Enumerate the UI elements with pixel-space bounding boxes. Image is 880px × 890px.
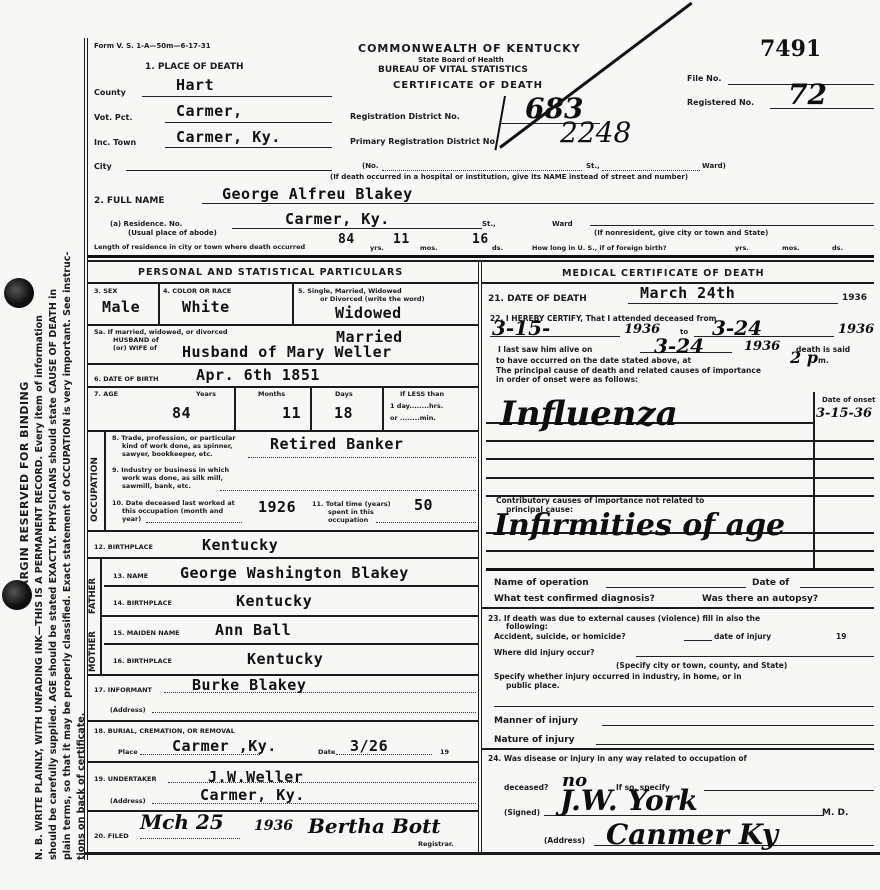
spouse-value: Husband of Mary Weller xyxy=(182,343,392,361)
burial-place-value: Carmer ,Ky. xyxy=(172,737,277,755)
instruction-line-2: should be carefully supplied. AGE should… xyxy=(48,289,59,860)
sex-value: Male xyxy=(102,298,140,316)
total-time-value: 50 xyxy=(414,496,433,514)
ward-line xyxy=(602,170,700,171)
row-divider xyxy=(88,324,478,326)
row-divider xyxy=(104,643,478,645)
informant-address-line xyxy=(152,712,476,713)
industry-label-1: 9. Industry or business in which xyxy=(112,466,229,474)
injury-date-label: date of injury xyxy=(714,632,771,641)
occupation-side-divider xyxy=(104,430,106,530)
inc-town-line xyxy=(165,147,332,148)
medical-section-title: MEDICAL CERTIFICATE OF DEATH xyxy=(562,268,765,279)
board-of-health: State Board of Health xyxy=(418,56,504,64)
spouse-label-1: 5a. If married, widowed, or divorced xyxy=(94,328,228,336)
manner-label: Manner of injury xyxy=(494,716,578,726)
operation-line xyxy=(606,587,746,588)
row-divider xyxy=(100,615,478,617)
birthplace-value: Kentucky xyxy=(202,536,278,554)
date-onset-value: 3-15-36 xyxy=(816,406,872,421)
informant-label: 17. INFORMANT xyxy=(94,686,152,694)
attended-to: 3-24 xyxy=(712,316,762,340)
sex-label: 3. SEX xyxy=(94,287,117,295)
day-hrs-label: 1 day........hrs. xyxy=(390,402,443,410)
row-divider xyxy=(88,386,478,388)
instruction-line-1: N. B. WRITE PLAINLY, WITH UNFADING INK—T… xyxy=(34,315,45,860)
cause-line xyxy=(486,568,874,571)
foreign-mos-label: mos. xyxy=(782,244,800,252)
street-no-label: (No. xyxy=(362,162,379,170)
burial-date-label: Date xyxy=(318,748,335,756)
undertaker-address-value: Carmer, Ky. xyxy=(200,786,305,804)
industry-label-2: work was done, as silk mill, xyxy=(122,474,223,482)
reg-district-label: Registration District No. xyxy=(350,112,460,121)
mother-birthplace-value: Kentucky xyxy=(247,650,323,668)
burial-place-label: Place xyxy=(118,748,138,756)
where-line xyxy=(636,656,874,657)
county-label: County xyxy=(94,88,126,97)
specify-whether-1: Specify whether injury occurred in indus… xyxy=(494,672,742,681)
less-than-label: If LESS than xyxy=(400,390,444,398)
undertaker-label: 19. UNDERTAKER xyxy=(94,775,157,783)
length-months: 11 xyxy=(393,232,410,247)
primary-reg-number: 2248 xyxy=(560,116,631,149)
full-name-line xyxy=(202,203,874,204)
total-time-line xyxy=(376,522,476,523)
cell-divider xyxy=(382,386,384,430)
external-label-2: following: xyxy=(506,622,548,631)
residence-line xyxy=(232,228,482,229)
row-divider xyxy=(88,557,478,559)
contributory-cause: Infirmities of age xyxy=(494,508,785,543)
date-onset-column xyxy=(813,392,815,568)
mother-maiden-label: 15. MAIDEN NAME xyxy=(113,629,180,637)
accident-label: Accident, suicide, or homicide? xyxy=(494,632,626,641)
last-worked-label-3: year) xyxy=(122,515,141,523)
cause-line xyxy=(486,440,874,442)
punch-hole-icon xyxy=(4,278,34,308)
length-of-residence-label: Length of residence in city or town wher… xyxy=(94,243,305,251)
full-name-label: 2. FULL NAME xyxy=(94,196,164,206)
father-name-value: George Washington Blakey xyxy=(180,564,409,582)
yrs-label: yrs. xyxy=(370,244,384,252)
date-of-death-label: 21. DATE OF DEATH xyxy=(488,294,587,304)
row-divider xyxy=(88,363,478,365)
father-side-label: FATHER xyxy=(88,578,98,614)
last-worked-label-2: this occupation (month and xyxy=(122,507,223,515)
city-line xyxy=(126,170,332,171)
nature-line xyxy=(596,744,874,745)
attended-from: 3-15- xyxy=(492,316,550,340)
instruction-line-3: plain terms, so that it may be properly … xyxy=(62,252,73,860)
nature-label: Nature of injury xyxy=(494,735,575,745)
mother-maiden-value: Ann Ball xyxy=(215,621,291,639)
foreign-ds-label: ds. xyxy=(832,244,843,252)
principal-cause: Influenza xyxy=(500,394,678,434)
age-days: 18 xyxy=(334,404,353,422)
residence-ward-label: Ward xyxy=(552,220,573,228)
injury-year-label: 19 xyxy=(836,632,846,641)
county-line xyxy=(142,96,332,97)
marital-label-2: or Divorced (write the word) xyxy=(320,295,425,303)
hospital-note: (If death occurred in a hospital or inst… xyxy=(330,173,688,181)
registered-no: 72 xyxy=(788,78,827,111)
residence-value: Carmer, Ky. xyxy=(285,210,390,228)
operation-date-label: Date of xyxy=(752,578,789,588)
form-number: Form V. S. 1-A—50m—6-17-31 xyxy=(94,42,211,50)
undertaker-address-label: (Address) xyxy=(110,797,146,805)
mother-side-label: MOTHER xyxy=(88,631,98,672)
undertaker-value: J.W.Weller xyxy=(208,768,303,786)
row-divider xyxy=(88,430,478,432)
section-divider xyxy=(88,255,874,258)
occupation-side-label: OCCUPATION xyxy=(90,457,100,522)
mos-label: mos. xyxy=(420,244,438,252)
deceased-label: deceased? xyxy=(504,783,548,792)
date-onset-label: Date of onset xyxy=(822,396,875,404)
contributory-label-1: Contributory causes of importance not re… xyxy=(496,496,704,505)
length-days: 16 xyxy=(472,232,489,247)
bureau-heading: BUREAU OF VITAL STATISTICS xyxy=(378,65,528,75)
occurred-label: to have occurred on the date stated abov… xyxy=(496,356,691,365)
father-birthplace-label: 14. BIRTHPLACE xyxy=(113,599,172,607)
m-label: m. xyxy=(818,356,829,365)
burial-year-label: 19 xyxy=(440,748,449,756)
county-value: Hart xyxy=(176,76,214,94)
row-divider xyxy=(482,748,874,750)
total-time-label-2: spent in this xyxy=(328,508,374,516)
md-label: M. D. xyxy=(822,808,848,818)
mother-birthplace-label: 16. BIRTHPLACE xyxy=(113,657,172,665)
if-so-line xyxy=(704,790,874,791)
column-divider xyxy=(478,260,482,852)
primary-reg-label: Primary Registration District No. xyxy=(350,137,498,146)
operation-label: Name of operation xyxy=(494,578,589,588)
date-of-death-value: March 24th xyxy=(640,284,735,302)
usual-abode-note: (Usual place of abode) xyxy=(128,229,217,237)
last-saw-year: 1936 xyxy=(744,339,780,354)
specify-whether-2: public place. xyxy=(506,681,560,690)
cell-divider xyxy=(310,386,312,430)
foreign-birth-label: How long in U. S., if of foreign birth? xyxy=(532,244,667,252)
injury-place-line xyxy=(494,706,874,707)
street-label: St., xyxy=(586,162,600,170)
occupation-related-label: 24. Was disease or injury in any way rel… xyxy=(488,754,747,763)
vot-pct-value: Carmer, xyxy=(176,102,243,120)
street-no-line xyxy=(382,170,582,171)
spouse-label-3: (or) WIFE of xyxy=(113,344,157,352)
accident-line xyxy=(684,640,712,641)
physician-signature: J.W. York xyxy=(560,784,698,817)
months-label: Months xyxy=(258,390,285,398)
filed-date-line xyxy=(140,838,240,839)
race-value: White xyxy=(182,298,230,316)
certificate-title: CERTIFICATE OF DEATH xyxy=(393,80,543,91)
cause-line xyxy=(486,458,874,460)
place-of-death-heading: 1. PLACE OF DEATH xyxy=(145,62,244,72)
dob-label: 6. DATE OF BIRTH xyxy=(94,375,159,383)
filed-label: 20. FILED xyxy=(94,832,129,840)
file-no-label: File No. xyxy=(687,74,721,83)
principal-label-2: in order of onset were as follows: xyxy=(496,375,638,384)
physician-address-label: (Address) xyxy=(544,836,585,845)
spouse-label-2: HUSBAND of xyxy=(113,336,159,344)
signed-label: (Signed) xyxy=(504,808,540,817)
nonresident-note: (If nonresident, give city or town and S… xyxy=(594,229,768,237)
full-name-value: George Alfreu Blakey xyxy=(222,185,413,203)
trade-label-2: kind of work done, as spinner, xyxy=(122,442,232,450)
inc-town-value: Carmer, Ky. xyxy=(176,128,281,146)
days-label: Days xyxy=(335,390,353,398)
autopsy-label: Was there an autopsy? xyxy=(702,594,818,604)
birthplace-label: 12. BIRTHPLACE xyxy=(94,543,153,551)
cause-line xyxy=(486,550,874,552)
punch-hole-icon xyxy=(2,580,32,610)
residence-label: (a) Residence. No. xyxy=(110,220,182,228)
burial-label: 18. BURIAL, CREMATION, OR REMOVAL xyxy=(94,727,235,735)
last-saw-date: 3-24 xyxy=(654,334,704,358)
informant-address-label: (Address) xyxy=(110,706,146,714)
registrar-label: Registrar. xyxy=(418,840,454,848)
father-name-label: 13. NAME xyxy=(113,572,148,580)
father-birthplace-value: Kentucky xyxy=(236,592,312,610)
registrar-signature: Bertha Bott xyxy=(308,814,441,838)
cell-divider xyxy=(292,282,294,324)
informant-value: Burke Blakey xyxy=(192,676,306,694)
ds-label: ds. xyxy=(492,244,503,252)
ward-label: Ward) xyxy=(702,162,726,170)
last-worked-label-1: 10. Date deceased last worked at xyxy=(112,499,235,507)
vot-pct-label: Vot. Pct. xyxy=(94,113,132,122)
trade-label-1: 8. Trade, profession, or particular xyxy=(112,434,236,442)
or-min-label: or ........min. xyxy=(390,414,436,422)
physician-address: Canmer Ky xyxy=(606,818,778,851)
marital-label-1: 5. Single, Married, Widowed xyxy=(298,287,402,295)
row-divider xyxy=(88,761,478,763)
test-label: What test confirmed diagnosis? xyxy=(494,594,655,604)
cause-line xyxy=(486,477,874,479)
attended-to-year: 1936 xyxy=(838,322,874,337)
row-divider xyxy=(88,282,478,284)
inc-town-label: Inc. Town xyxy=(94,138,136,147)
city-label: City xyxy=(94,162,112,171)
personal-section-title: PERSONAL AND STATISTICAL PARTICULARS xyxy=(138,267,403,278)
row-divider xyxy=(482,607,874,609)
row-divider xyxy=(88,530,478,532)
death-certificate: MARGIN RESERVED FOR BINDING N. B. WRITE … xyxy=(0,0,880,890)
industry-line xyxy=(220,490,476,491)
time-of-death: 2 p xyxy=(790,348,818,367)
operation-date-line xyxy=(800,587,874,588)
last-worked-line xyxy=(146,522,242,523)
vot-pct-line xyxy=(165,122,332,123)
filed-date: Mch 25 xyxy=(140,810,224,834)
row-divider xyxy=(88,720,478,722)
race-label: 4. COLOR OR RACE xyxy=(163,287,231,295)
total-time-label-1: 11. Total time (years) xyxy=(312,500,391,508)
trade-label-3: sawyer, bookkeeper, etc. xyxy=(122,450,213,458)
cell-divider xyxy=(234,386,236,430)
row-divider xyxy=(104,585,478,587)
residence-st-label: St., xyxy=(482,220,496,228)
residence-ward-line xyxy=(590,225,874,226)
date-of-death-year: 1936 xyxy=(842,293,867,303)
manner-line xyxy=(602,725,874,726)
margin-reserved-text: MARGIN RESERVED FOR BINDING xyxy=(18,381,31,600)
burial-date-value: 3/26 xyxy=(350,737,388,755)
years-label: Years xyxy=(196,390,216,398)
specify-place-note: (Specify city or town, county, and State… xyxy=(616,661,787,670)
marital-value: Widowed xyxy=(335,304,402,322)
filed-year: 1936 xyxy=(254,818,293,834)
trade-value: Retired Banker xyxy=(270,435,403,453)
commonwealth-heading: COMMONWEALTH OF KENTUCKY xyxy=(358,42,581,55)
trade-line xyxy=(248,457,476,458)
binding-margin: MARGIN RESERVED FOR BINDING N. B. WRITE … xyxy=(4,60,76,860)
dob-value: Apr. 6th 1851 xyxy=(196,366,320,384)
principal-label-1: The principal cause of death and related… xyxy=(496,366,761,375)
cell-divider xyxy=(158,282,160,324)
where-label: Where did injury occur? xyxy=(494,648,594,657)
age-label: 7. AGE xyxy=(94,390,118,398)
industry-label-3: sawmill, bank, etc. xyxy=(122,482,191,490)
length-years: 84 xyxy=(338,232,355,247)
last-worked-value: 1926 xyxy=(258,498,296,516)
age-years: 84 xyxy=(172,404,191,422)
registered-no-label: Registered No. xyxy=(687,98,754,107)
bottom-border xyxy=(84,852,880,856)
last-saw-label: I last saw him alive on xyxy=(498,345,592,354)
age-months: 11 xyxy=(282,404,301,422)
date-of-death-line xyxy=(628,303,838,304)
stamp-number: 7491 xyxy=(760,36,821,62)
total-time-label-3: occupation xyxy=(328,516,368,524)
foreign-yrs-label: yrs. xyxy=(735,244,749,252)
